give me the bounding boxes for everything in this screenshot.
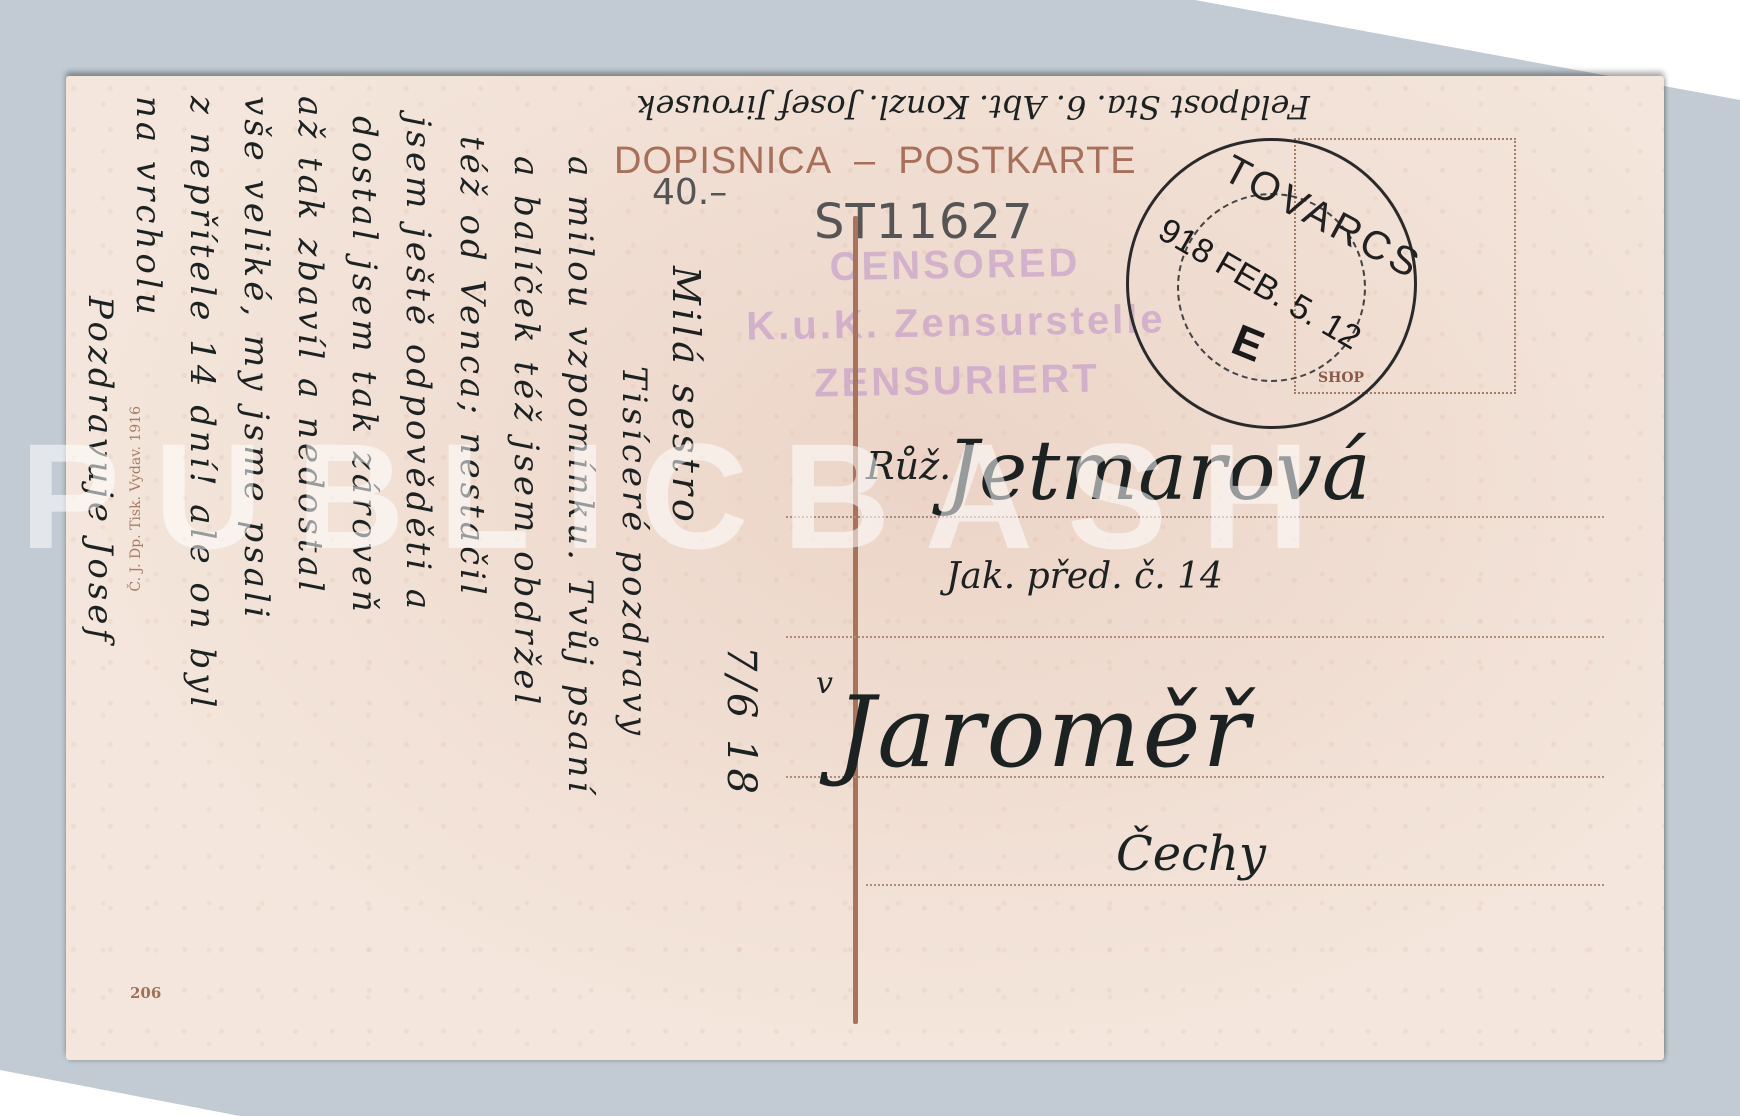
- postmark-icon: TOVARCS 918 FEB. 5. 12 E: [1126, 138, 1417, 429]
- address-line: [866, 884, 1604, 886]
- message-line: Tisíceré pozdravy: [614, 366, 654, 739]
- sender-line-inverted: Feldpost Sta. 6. Abt. Konzl. Josef Jirou…: [636, 88, 1310, 126]
- message-signature: Pozdravuje Josef: [80, 296, 120, 645]
- header-title-german: POSTKARTE: [898, 140, 1136, 182]
- message-line: až tak zbavíl a nedostal: [290, 96, 330, 596]
- pencil-price-note: 40.–: [652, 172, 727, 213]
- recipient-region: Čechy: [1116, 826, 1266, 882]
- message-line: dostal jsem tak zároveň: [344, 116, 384, 616]
- divider-line: [853, 216, 858, 1024]
- message-line: na vrcholu: [128, 96, 168, 319]
- printer-imprint: Č. J. Dp. Tisk. Vydav. 1916: [128, 406, 144, 592]
- message-line: a balíček též jsem obdržel: [506, 156, 546, 708]
- header-separator: –: [854, 140, 876, 182]
- message-line: z nepřítele 14 dní! ale on byl: [182, 96, 222, 711]
- card-number: 206: [130, 984, 161, 1002]
- background-corner-bottom-left: [0, 1070, 240, 1116]
- message-greeting: Milá sestro: [664, 266, 708, 526]
- message-line: vše veliké, my jsme psali: [236, 96, 276, 622]
- message-date: 7/6 18: [718, 646, 764, 798]
- recipient-street: Jak. před. č. 14: [946, 556, 1223, 597]
- recipient-title: Růž.: [866, 444, 951, 488]
- recipient-city: Jaroměř: [836, 676, 1251, 790]
- postcard: DOPISNICA–POSTKARTE Feldpost Sta. 6. Abt…: [66, 76, 1664, 1060]
- address-line: [786, 636, 1604, 638]
- message-line: jsem ještě odpověděti a: [398, 116, 438, 613]
- message-line: a milou vzpomínku. Tvůj psaní: [560, 156, 600, 796]
- message-line: též od Venca; nestačil: [452, 136, 492, 599]
- recipient-name: Jetmarová: [946, 424, 1371, 519]
- recipient-city-prefix: v: [816, 666, 833, 701]
